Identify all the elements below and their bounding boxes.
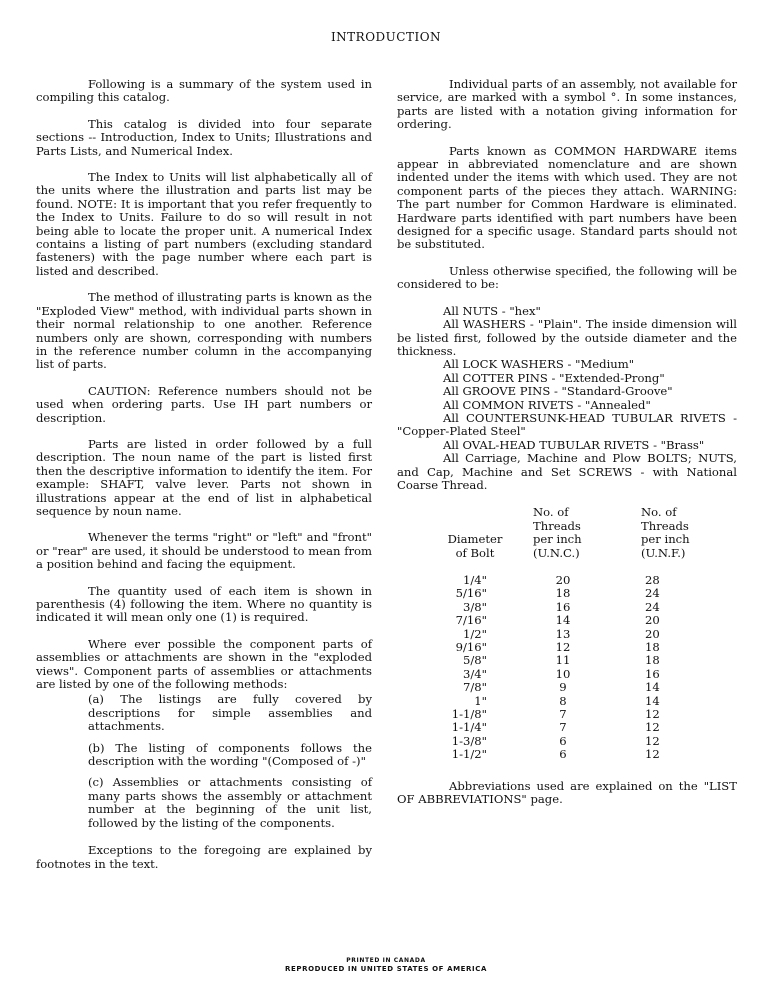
unc-threads-cell: 20 [525, 574, 641, 587]
page-title: INTRODUCTION [0, 30, 772, 44]
method-a: (a) The listings are fully covered by de… [88, 693, 372, 733]
unf-threads-cell: 18 [641, 641, 690, 654]
unc-threads-cell: 14 [525, 614, 641, 627]
unf-threads-cell: 24 [641, 587, 690, 600]
paragraph-not-available: Individual parts of an assembly, not ava… [397, 78, 737, 132]
unf-threads-cell: 16 [641, 668, 690, 681]
bolt-diameter-cell: 1-3/8" [425, 735, 525, 748]
unc-threads-cell: 7 [525, 721, 641, 734]
unf-threads-cell: 12 [641, 721, 690, 734]
paragraph-sections: This catalog is divided into four separa… [36, 118, 372, 158]
default-washers: All WASHERS - "Plain". The inside dimens… [397, 318, 737, 358]
default-oval-head-rivets: All OVAL-HEAD TUBULAR RIVETS - "Brass" [397, 439, 737, 452]
table-row: 1-1/4"712 [425, 721, 690, 734]
unc-threads-cell: 7 [525, 708, 641, 721]
unf-threads-cell: 20 [641, 628, 690, 641]
paragraph-exploded-view: The method of illustrating parts is know… [36, 291, 372, 371]
bolt-diameter-cell: 7/8" [425, 681, 525, 694]
unc-threads-cell: 10 [525, 668, 641, 681]
thread-table: Diameterof Bolt No. ofThreadsper inch(U.… [425, 506, 690, 761]
method-c: (c) Assemblies or attachments consisting… [88, 776, 372, 830]
bolt-diameter-cell: 9/16" [425, 641, 525, 654]
default-specs-list: All NUTS - "hex" All WASHERS - "Plain". … [397, 305, 737, 493]
default-lock-washers: All LOCK WASHERS - "Medium" [397, 358, 737, 371]
table-row: 3/4"1016 [425, 668, 690, 681]
bolt-diameter-cell: 5/16" [425, 587, 525, 600]
unf-threads-cell: 28 [641, 574, 690, 587]
unf-threads-cell: 12 [641, 708, 690, 721]
paragraph-unless-specified: Unless otherwise specified, the followin… [397, 265, 737, 292]
paragraph-summary: Following is a summary of the system use… [36, 78, 372, 105]
bolt-diameter-cell: 5/8" [425, 654, 525, 667]
unc-threads-cell: 13 [525, 628, 641, 641]
default-cotter-pins: All COTTER PINS - "Extended-Prong" [397, 372, 737, 385]
paragraph-quantity: The quantity used of each item is shown … [36, 585, 372, 625]
thread-table-header: Diameterof Bolt No. ofThreadsper inch(U.… [425, 506, 690, 574]
table-row: 5/8"1118 [425, 654, 690, 667]
default-groove-pins: All GROOVE PINS - "Standard-Groove" [397, 385, 737, 398]
bolt-diameter-cell: 3/4" [425, 668, 525, 681]
left-column: Following is a summary of the system use… [36, 78, 372, 884]
table-row: 1"814 [425, 695, 690, 708]
unf-threads-cell: 20 [641, 614, 690, 627]
table-row: 1/2"1320 [425, 628, 690, 641]
unc-threads-cell: 11 [525, 654, 641, 667]
table-row: 1/4"2028 [425, 574, 690, 587]
bolt-diameter-cell: 3/8" [425, 601, 525, 614]
table-row: 7/16"1420 [425, 614, 690, 627]
unc-threads-cell: 8 [525, 695, 641, 708]
unc-threads-cell: 12 [525, 641, 641, 654]
bolt-diameter-cell: 1" [425, 695, 525, 708]
header-diameter: Diameterof Bolt [425, 506, 525, 574]
table-row: 7/8"914 [425, 681, 690, 694]
table-row: 3/8"1624 [425, 601, 690, 614]
default-countersunk-rivets: All COUNTERSUNK-HEAD TUBULAR RIVETS - "C… [397, 412, 737, 439]
paragraph-index-to-units: The Index to Units will list alphabetica… [36, 171, 372, 278]
unc-threads-cell: 6 [525, 748, 641, 761]
bolt-diameter-cell: 1-1/8" [425, 708, 525, 721]
printing-notice: PRINTED IN CANADA REPRODUCED IN UNITED S… [0, 956, 772, 974]
printed-in-label: PRINTED IN CANADA [0, 956, 772, 965]
bolt-diameter-cell: 7/16" [425, 614, 525, 627]
paragraph-abbreviations: Abbreviations used are explained on the … [397, 780, 737, 807]
paragraph-caution: CAUTION: Reference numbers should not be… [36, 385, 372, 425]
unf-threads-cell: 12 [641, 735, 690, 748]
unf-threads-cell: 14 [641, 695, 690, 708]
unf-threads-cell: 12 [641, 748, 690, 761]
paragraph-orientation: Whenever the terms "right" or "left" and… [36, 531, 372, 571]
right-column: Individual parts of an assembly, not ava… [397, 78, 737, 820]
unf-threads-cell: 24 [641, 601, 690, 614]
bolt-diameter-cell: 1/2" [425, 628, 525, 641]
paragraph-parts-order: Parts are listed in order followed by a … [36, 438, 372, 518]
unc-threads-cell: 6 [525, 735, 641, 748]
bolt-diameter-cell: 1/4" [425, 574, 525, 587]
table-row: 9/16"1218 [425, 641, 690, 654]
table-row: 1-1/8"712 [425, 708, 690, 721]
bolt-diameter-cell: 1-1/4" [425, 721, 525, 734]
unc-threads-cell: 16 [525, 601, 641, 614]
unc-threads-cell: 18 [525, 587, 641, 600]
default-nuts: All NUTS - "hex" [397, 305, 737, 318]
header-unc: No. ofThreadsper inch(U.N.C.) [525, 506, 641, 574]
table-row: 5/16"1824 [425, 587, 690, 600]
bolt-diameter-cell: 1-1/2" [425, 748, 525, 761]
header-unf: No. ofThreadsper inch(U.N.F.) [641, 506, 690, 574]
unf-threads-cell: 14 [641, 681, 690, 694]
unf-threads-cell: 18 [641, 654, 690, 667]
table-row: 1-1/2"612 [425, 748, 690, 761]
paragraph-components: Where ever possible the component parts … [36, 638, 372, 692]
paragraph-common-hardware: Parts known as COMMON HARDWARE items app… [397, 145, 737, 252]
default-bolts-screws: All Carriage, Machine and Plow BOLTS; NU… [397, 452, 737, 492]
method-b: (b) The listing of components follows th… [88, 742, 372, 769]
default-common-rivets: All COMMON RIVETS - "Annealed" [397, 399, 737, 412]
table-row: 1-3/8"612 [425, 735, 690, 748]
paragraph-exceptions: Exceptions to the foregoing are explaine… [36, 844, 372, 871]
reproduced-in-label: REPRODUCED IN UNITED STATES OF AMERICA [0, 965, 772, 974]
unc-threads-cell: 9 [525, 681, 641, 694]
